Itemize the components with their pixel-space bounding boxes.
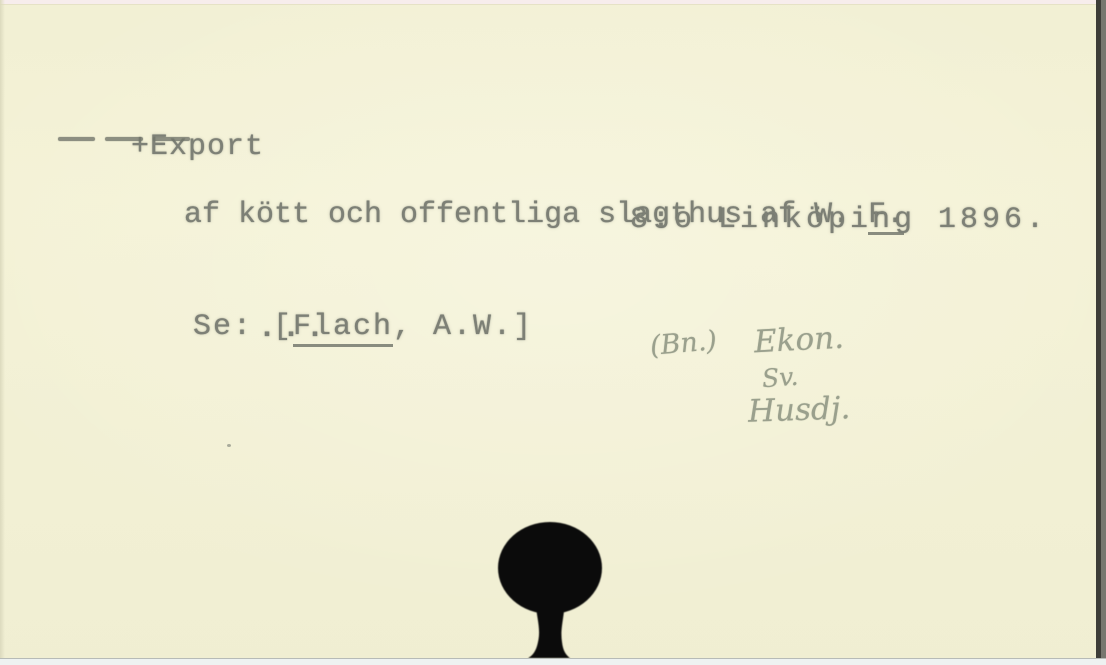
- card-right-edge-sliver: [1101, 0, 1106, 665]
- continuation-dots: ...: [258, 312, 330, 346]
- catalog-card-scan: +Export af kött och offentliga slagthus …: [0, 0, 1106, 665]
- handwritten-class-ekon: Ekon.: [753, 320, 845, 361]
- card-heading-text: +Export: [131, 130, 264, 164]
- handwritten-class-sv: Sv.: [761, 362, 799, 393]
- handwritten-class-husdj: Husdj.: [747, 390, 850, 430]
- card-bottom-edge: [0, 658, 1106, 665]
- handwritten-siglum: (Bn.): [649, 325, 718, 362]
- imprint-line: 8:o Linköping 1896.: [630, 203, 1048, 237]
- heading-underline-dash: [58, 137, 95, 141]
- heading-underline-dash: [153, 137, 190, 141]
- see-suffix: , A.W.]: [393, 310, 533, 344]
- ink-speck: [227, 444, 231, 447]
- card-left-edge: [0, 0, 5, 665]
- card-top-edge: [0, 0, 1106, 5]
- heading-underline-dash: [105, 137, 143, 141]
- punch-hole-icon: [480, 515, 620, 665]
